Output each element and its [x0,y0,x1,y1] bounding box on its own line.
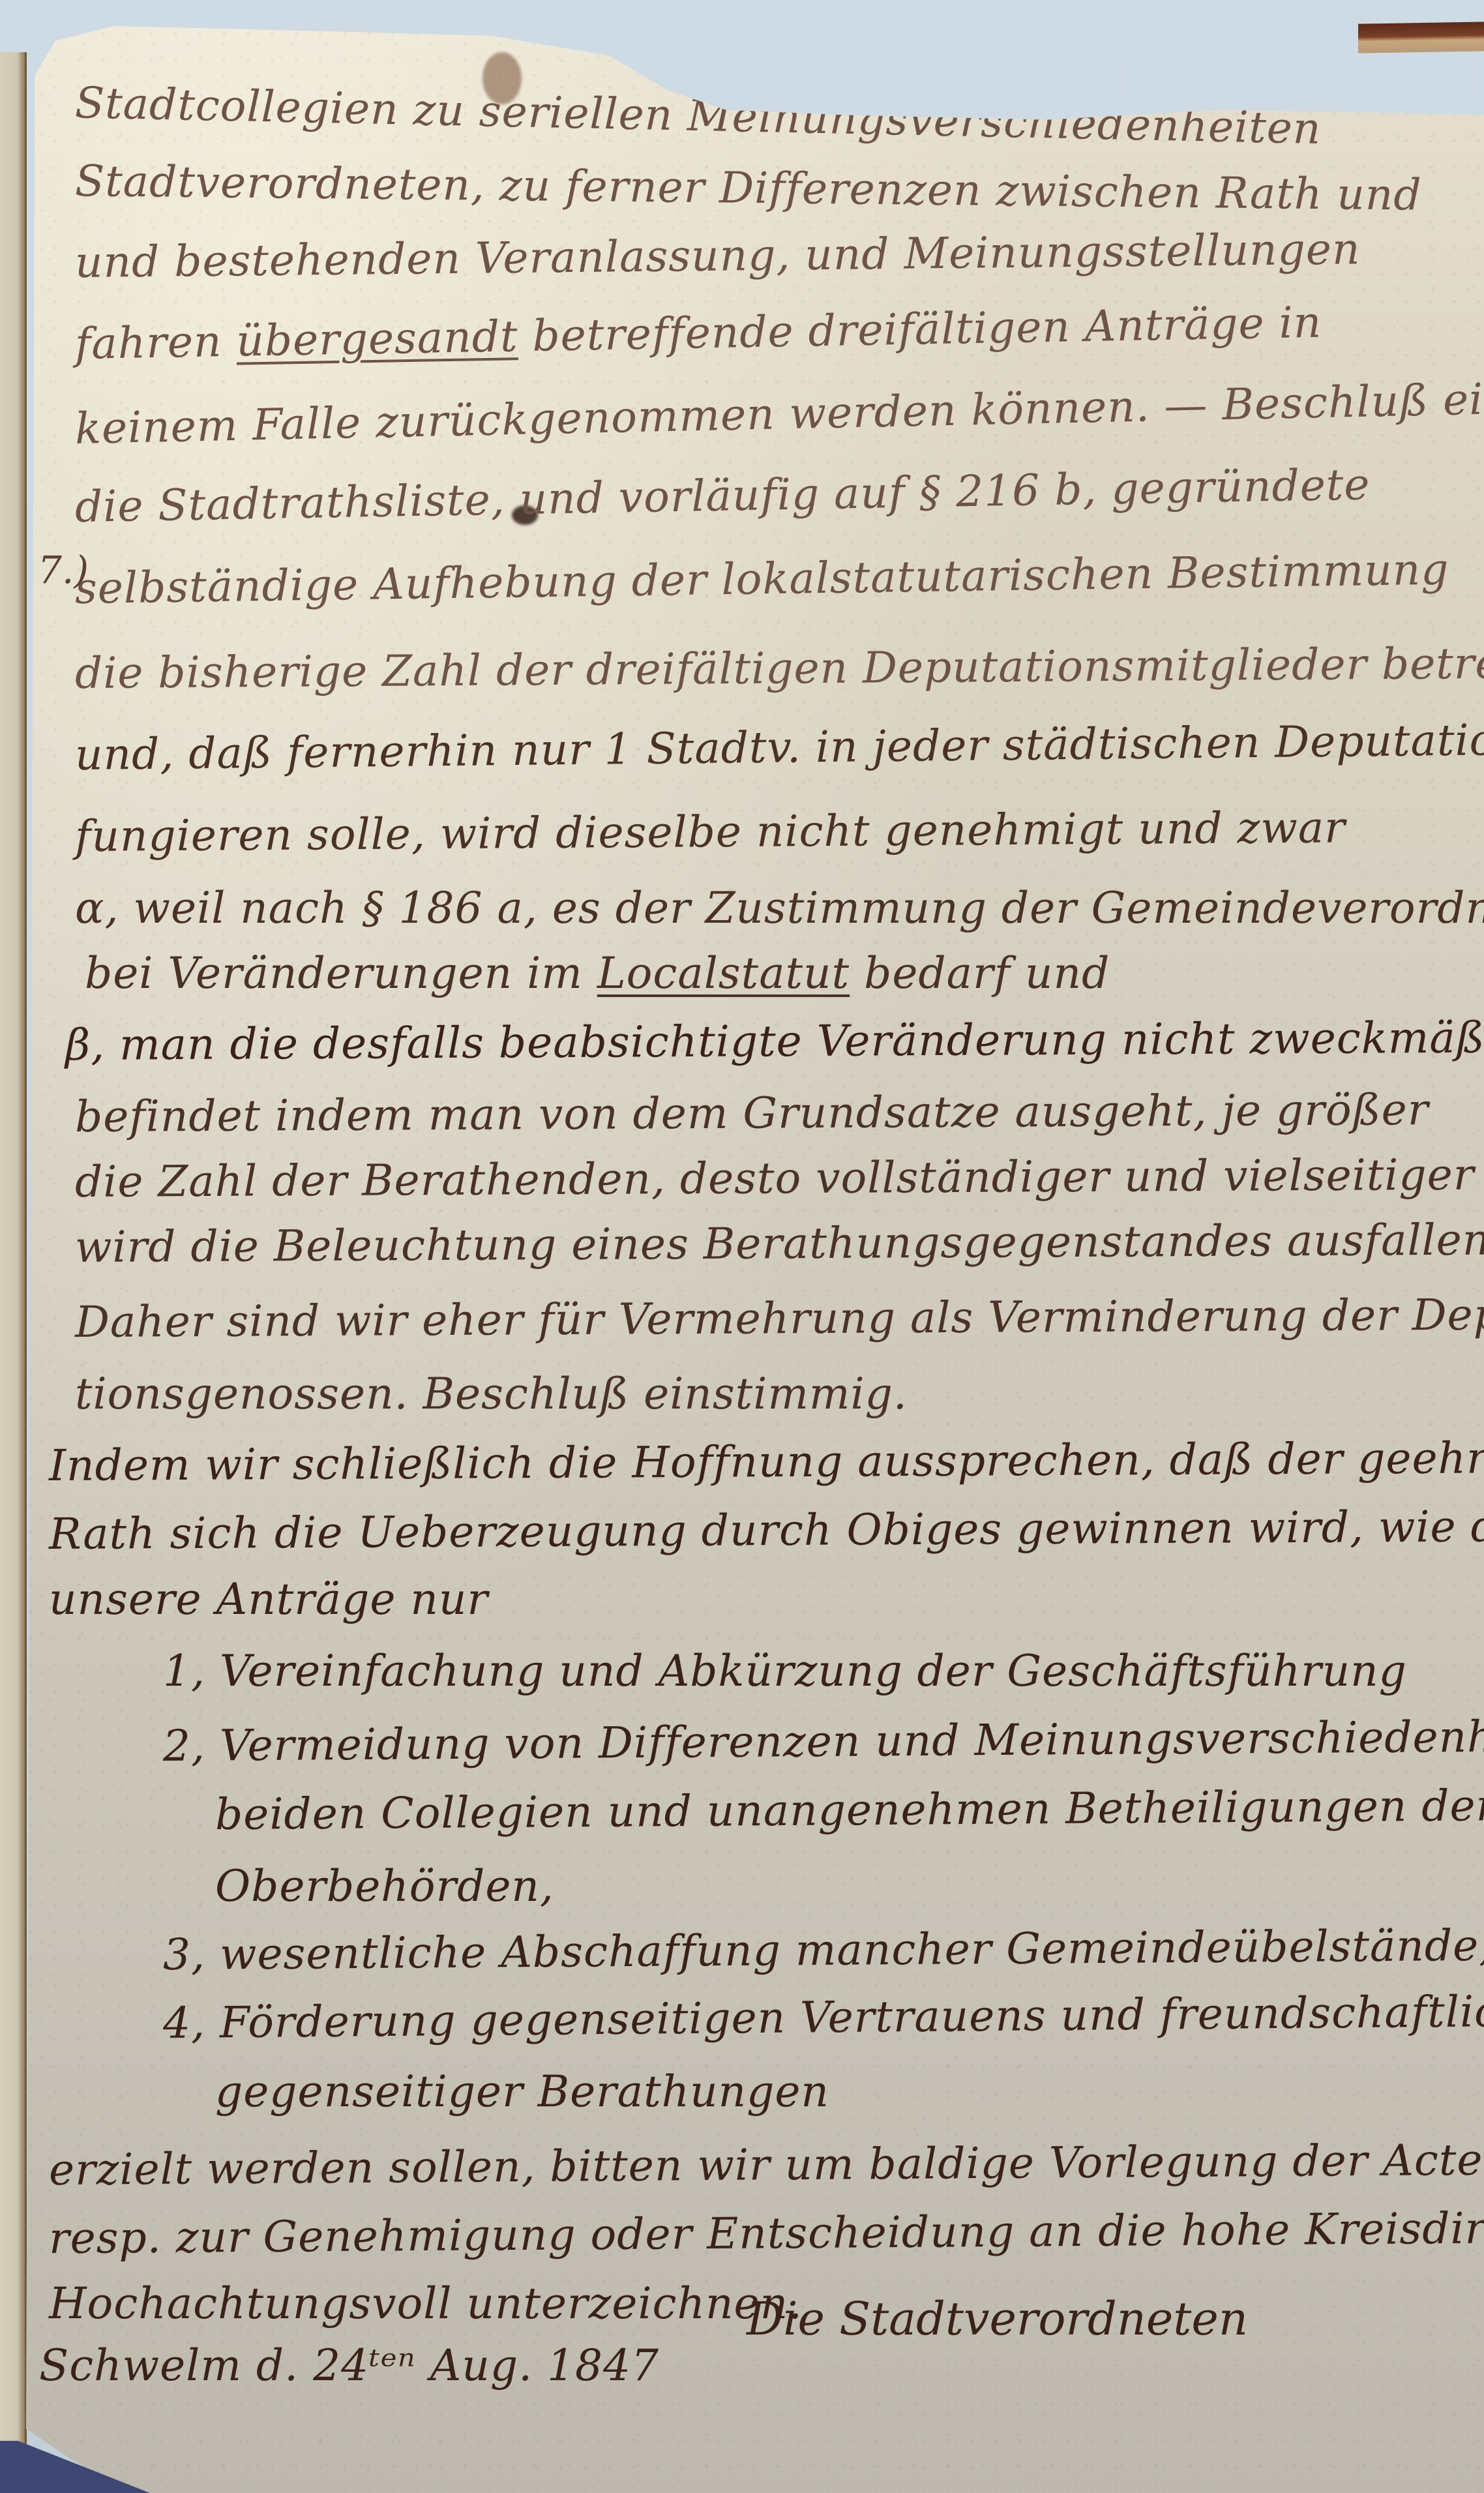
handwritten-text: Stadtcollegien zu seriellen Meinungsvers… [26,26,1484,2493]
text-line: befindet indem man von dem Grundsatze au… [75,1088,1429,1139]
text-line: und bestehenden Veranlassung, und Meinun… [75,228,1361,284]
list-item-4: 4, Förderung gegenseitigen Vertrauens un… [163,1990,1484,2045]
list-item-4-cont: gegenseitiger Berathungen [215,2070,829,2113]
torn-binding-strip [1358,22,1484,53]
text-line: die Zahl der Berathenden, desto vollstän… [75,1154,1475,1204]
margin-note-item-7: 7.) [38,548,89,592]
previous-page-edge [0,52,27,2465]
text-line: erzielt werden sollen, bitten wir um bal… [49,2138,1484,2192]
text-line: wird die Beleuchtung eines Berathungsgeg… [75,1219,1484,1269]
text-line: selbständige Aufhebung der lokalstatutar… [75,548,1449,610]
text-line: und, daß fernerhin nur 1 Stadtv. in jede… [75,719,1484,777]
text-line: fungieren solle, wird dieselbe nicht gen… [75,806,1346,858]
text-line: die bisherige Zahl der dreifältigen Depu… [75,641,1484,695]
text-line: resp. zur Genehmigung oder Entscheidung … [49,2206,1484,2260]
list-item-3: 3, wesentliche Abschaffung mancher Gemei… [163,1924,1484,1977]
underlined-word: Localstatut [597,948,850,998]
list-item-2-cont: Oberbehörden, [215,1865,554,1908]
text-line: fahren übergesandt betreffende dreifälti… [74,301,1322,366]
signature: Die Stadtverordneten [747,2292,1248,2346]
text-line: β, man die desfalls beabsichtigte Veränd… [65,1016,1484,1067]
text-line: α, weil nach § 186 a, es der Zustimmung … [75,887,1484,930]
text-line: Daher sind wir eher für Vermehrung als V… [75,1293,1484,1344]
manuscript-page: Stadtcollegien zu seriellen Meinungsvers… [26,26,1484,2493]
text-line: Rath sich die Ueberzeugung durch Obiges … [49,1505,1484,1556]
text-line-content: bei Veränderungen im Localstatut bedarf … [85,948,1110,998]
list-item-1: 1, Vereinfachung und Abkürzung der Gesch… [163,1650,1407,1693]
text-line: Indem wir schließlich die Hoffnung aussp… [49,1437,1484,1487]
list-item-2-cont: beiden Collegien und unangenehmen Bethei… [215,1784,1484,1836]
list-item-2: 2, Vermeidung von Differenzen und Meinun… [163,1713,1484,1768]
underlined-word: übergesandt [236,311,518,366]
text-line-content: fahren übergesandt betreffende dreifälti… [74,297,1322,369]
text-line: keinem Falle zurückgenommen werden könne… [74,374,1484,451]
text-line: Hochachtungsvoll unterzeichnen. [49,2282,803,2325]
text-line: bei Veränderungen im Localstatut bedarf … [85,952,1110,995]
text-line: unsere Anträge nur [49,1578,488,1621]
text-line: die Stadtrathsliste, und vorläufig auf §… [74,463,1370,529]
text-line: Stadtverordneten, zu ferner Differenzen … [75,160,1422,217]
text-line: tionsgenossen. Beschluß einstimmig. [75,1373,908,1416]
place-date: Schwelm d. 24ᵗᵉⁿ Aug. 1847 [39,2344,659,2387]
